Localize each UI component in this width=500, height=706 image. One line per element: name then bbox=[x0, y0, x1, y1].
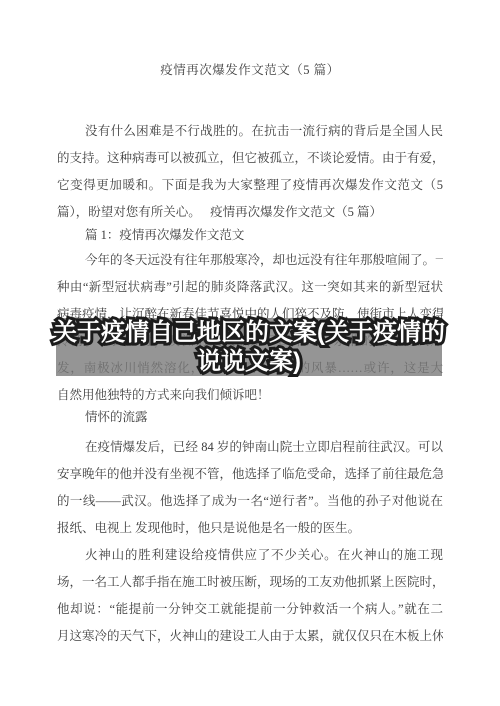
doc-line: 他却说：“能提前一分钟交工就能提前一分钟救活一个病人。”就在二 bbox=[57, 596, 443, 623]
section-heading: 篇 1：疫情再次爆发作文范文 bbox=[57, 222, 443, 249]
doc-line: 没有什么困难是不行战胜的。在抗击一流行病的背后是全国人民 bbox=[57, 118, 443, 145]
doc-line: 月这寒冷的天气下，火神山的建设工人由于太累，就仅仅只在木板上休 bbox=[57, 623, 443, 650]
watermark-text: 关于疫情自己地区的文案(关于疫情的 说说文案) bbox=[48, 318, 450, 376]
doc-line: 篇 1：疫情再次爆发作文范文 bbox=[57, 222, 443, 249]
document-title: 疫情再次爆发作文范文（5 篇） bbox=[0, 60, 500, 80]
paragraph-4: 火神山的胜利建设给疫情供应了不少关心。在火神山的施工现 场，一名工人都手指在施工… bbox=[57, 542, 443, 650]
paragraph-3: 在疫情爆发后，已经 84 岁的钟南山院士立即启程前往武汉。可以 安享晚年的他并没… bbox=[57, 434, 443, 542]
document-page: 疫情再次爆发作文范文（5 篇） 没有什么困难是不行战胜的。在抗击一流行病的背后是… bbox=[0, 0, 500, 706]
doc-line: 火神山的胜利建设给疫情供应了不少关心。在火神山的施工现 bbox=[57, 542, 443, 569]
watermark-banner: 关于疫情自己地区的文案(关于疫情的 说说文案) 关于疫情自己地区的文案(关于疫情… bbox=[56, 318, 442, 376]
doc-line: 报纸、电视上 发现他时，他只是说他是名一般的医生。 bbox=[57, 515, 443, 542]
doc-line: 的一线——武汉。他选择了成为一名“逆行者”。当他的孙子对他说在 bbox=[57, 488, 443, 515]
doc-line: 安享晚年的他并没有坐视不管，他选择了临危受命，选择了前往最危急 bbox=[57, 461, 443, 488]
paragraph-1: 没有什么困难是不行战胜的。在抗击一流行病的背后是全国人民 的支持。这种病毒可以被… bbox=[57, 118, 443, 226]
doc-line: 场，一名工人都手指在施工时被压断，现场的工友劝他抓紧上医院时， bbox=[57, 569, 443, 596]
subheading: 情怀的流露 bbox=[57, 404, 443, 431]
doc-line: 在疫情爆发后，已经 84 岁的钟南山院士立即启程前往武汉。可以 bbox=[57, 434, 443, 461]
doc-line: 的支持。这种病毒可以被孤立，但它被孤立，不谈论爱情。由于有爱， bbox=[57, 145, 443, 172]
doc-line: 情怀的流露 bbox=[57, 404, 443, 431]
doc-line: 今年的冬天远没有往年那般寒冷，却也远没有往年那般喧闹了。一 bbox=[57, 247, 443, 274]
doc-line: 它变得更加暖和。下面是我为大家整理了疫情再次爆发作文范文（5 bbox=[57, 172, 443, 199]
doc-line: 种由“新型冠状病毒”引起的肺炎降落武汉。这一突如其来的新型冠状 bbox=[57, 274, 443, 301]
